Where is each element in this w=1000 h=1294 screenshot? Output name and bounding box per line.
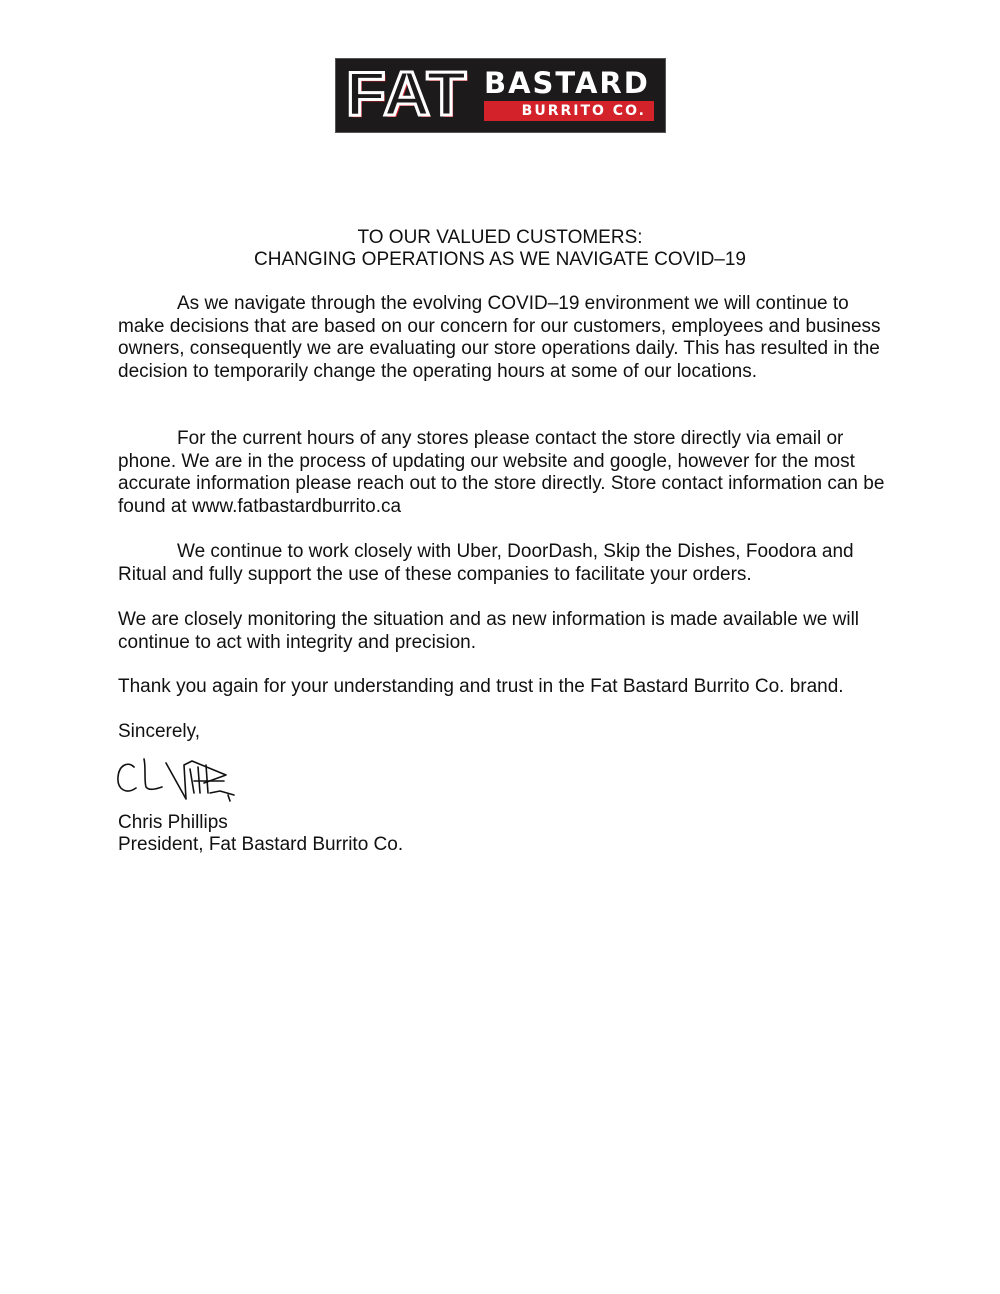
logo-word-burrito: BURRITO CO. [522, 102, 646, 120]
paragraph-monitoring: We are closely monitoring the situation … [118, 609, 898, 654]
closing-salutation: Sincerely, [118, 721, 898, 744]
letter-heading-line2: CHANGING OPERATIONS AS WE NAVIGATE COVID… [0, 249, 1000, 271]
signature-icon [114, 755, 244, 807]
paragraph-delivery-partners: We continue to work closely with Uber, D… [118, 541, 898, 586]
letter-heading-line1: TO OUR VALUED CUSTOMERS: [0, 227, 1000, 249]
logo-red-bar: BURRITO CO. [484, 101, 654, 121]
logo-word-bastard: BASTARD [484, 67, 650, 99]
paragraph-store-hours: For the current hours of any stores plea… [118, 428, 898, 518]
logo-word-fat: FAT [346, 64, 467, 126]
signer-name: Chris Phillips [118, 812, 228, 835]
paragraph-operations: As we navigate through the evolving COVI… [118, 293, 898, 383]
signer-title: President, Fat Bastard Burrito Co. [118, 834, 403, 857]
brand-logo: FAT BASTARD BURRITO CO. [335, 58, 666, 133]
paragraph-thanks: Thank you again for your understanding a… [118, 676, 898, 699]
